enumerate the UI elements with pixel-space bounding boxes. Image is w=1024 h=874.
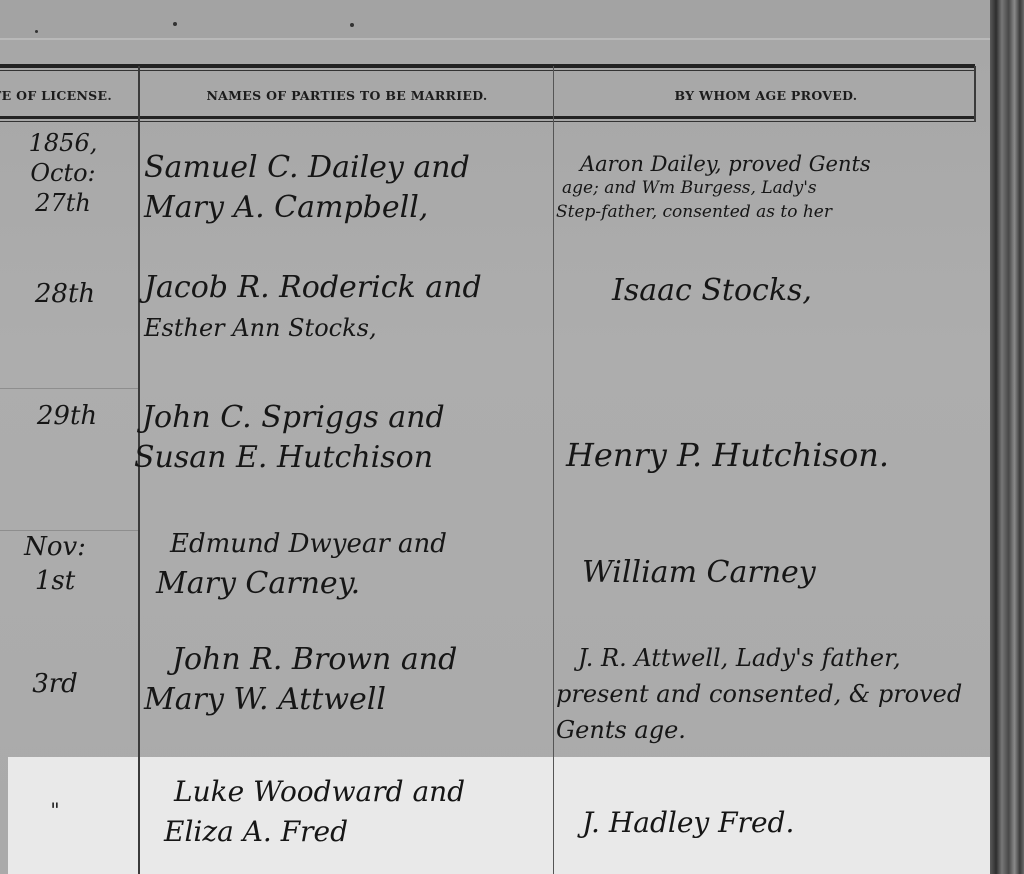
bride-name: Esther Ann Stocks, [144, 308, 550, 348]
entry-5-names: John R. Brown and Mary W. Attwell [140, 640, 550, 720]
date-day: 27th [8, 188, 118, 218]
entry-4-names: Edmund Dwyear and Mary Carney. [140, 524, 550, 604]
proof-line: age; and Wm Burgess, Lady's [556, 176, 971, 200]
proof-line: Henry P. Hutchison. [566, 440, 971, 470]
groom-name: Jacob R. Roderick and [144, 268, 550, 308]
entry-4-date: Nov: 1st [0, 530, 110, 598]
entry-1-age-proof: Aaron Dailey, proved Gents age; and Wm B… [556, 152, 971, 224]
bride-name: Mary W. Attwell [144, 680, 550, 720]
date-day: 3rd [32, 669, 78, 699]
proof-line: J. R. Attwell, Lady's father, [556, 640, 971, 676]
date-year: 1856, [8, 128, 118, 158]
entry-1-date: 1856, Octo: 27th [8, 128, 118, 218]
proof-line: Aaron Dailey, proved Gents [556, 152, 971, 176]
groom-name: John R. Brown and [144, 640, 550, 680]
ink-speck [173, 22, 177, 26]
header-rule-top-thin [0, 70, 975, 71]
column-header-date-of-license: TE OF LICENSE. [0, 80, 134, 110]
entry-3-age-proof: Henry P. Hutchison. [556, 440, 971, 470]
entry-3-date: 29th [12, 400, 122, 433]
entry-5-date: 3rd [0, 668, 110, 701]
proof-line: Isaac Stocks, [612, 276, 971, 306]
entry-6-age-proof: J. Hadley Fred. [556, 808, 971, 838]
ledger-page: TE OF LICENSE. NAMES OF PARTIES TO BE MA… [0, 0, 1024, 874]
proof-line: J. Hadley Fred. [582, 808, 971, 838]
ruled-line [0, 388, 138, 389]
groom-name: Samuel C. Dailey and [144, 148, 550, 188]
column-divider-names-proof [553, 66, 554, 874]
ink-speck [35, 30, 38, 33]
groom-name: John C. Spriggs and [134, 398, 540, 438]
groom-name: Luke Woodward and [144, 772, 550, 812]
entry-6-date-ditto: " [0, 798, 110, 823]
header-rule-bottom [0, 116, 975, 119]
date-day: 1st [0, 564, 110, 598]
column-header-names: NAMES OF PARTIES TO BE MARRIED. [140, 80, 554, 110]
date-ditto-mark: " [50, 798, 59, 822]
proof-line: Gents age. [556, 712, 971, 748]
date-month: Octo: [8, 158, 118, 188]
entry-2-age-proof: Isaac Stocks, [556, 276, 971, 306]
bride-name: Mary Carney. [144, 564, 550, 604]
entry-2-date: 28th [10, 278, 120, 311]
book-binding-edge [990, 0, 1024, 874]
date-day: 28th [35, 279, 95, 309]
entry-5-age-proof: J. R. Attwell, Lady's father, present an… [556, 640, 971, 748]
header-rule-top [0, 64, 975, 68]
entry-1-names: Samuel C. Dailey and Mary A. Campbell, [140, 148, 550, 228]
entry-6-names: Luke Woodward and Eliza A. Fred [140, 772, 550, 852]
proof-line: William Carney [582, 558, 971, 588]
date-day: 29th [37, 401, 97, 431]
proof-line: Step-father, consented as to her [556, 200, 971, 224]
proof-line: present and consented, & proved [556, 676, 971, 712]
bride-name: Susan E. Hutchison [134, 438, 540, 478]
entry-4-age-proof: William Carney [556, 558, 971, 588]
page-top-margin [0, 0, 990, 40]
header-rule-bottom-thin [0, 121, 975, 122]
groom-name: Edmund Dwyear and [144, 524, 550, 564]
bride-name: Eliza A. Fred [144, 812, 550, 852]
column-header-age-proved: BY WHOM AGE PROVED. [556, 80, 976, 110]
bride-name: Mary A. Campbell, [144, 188, 550, 228]
entry-3-names: John C. Spriggs and Susan E. Hutchison [130, 398, 540, 478]
entry-2-names: Jacob R. Roderick and Esther Ann Stocks, [140, 268, 550, 348]
column-divider-right [974, 66, 976, 122]
ink-speck [350, 23, 354, 27]
date-month: Nov: [0, 530, 110, 564]
